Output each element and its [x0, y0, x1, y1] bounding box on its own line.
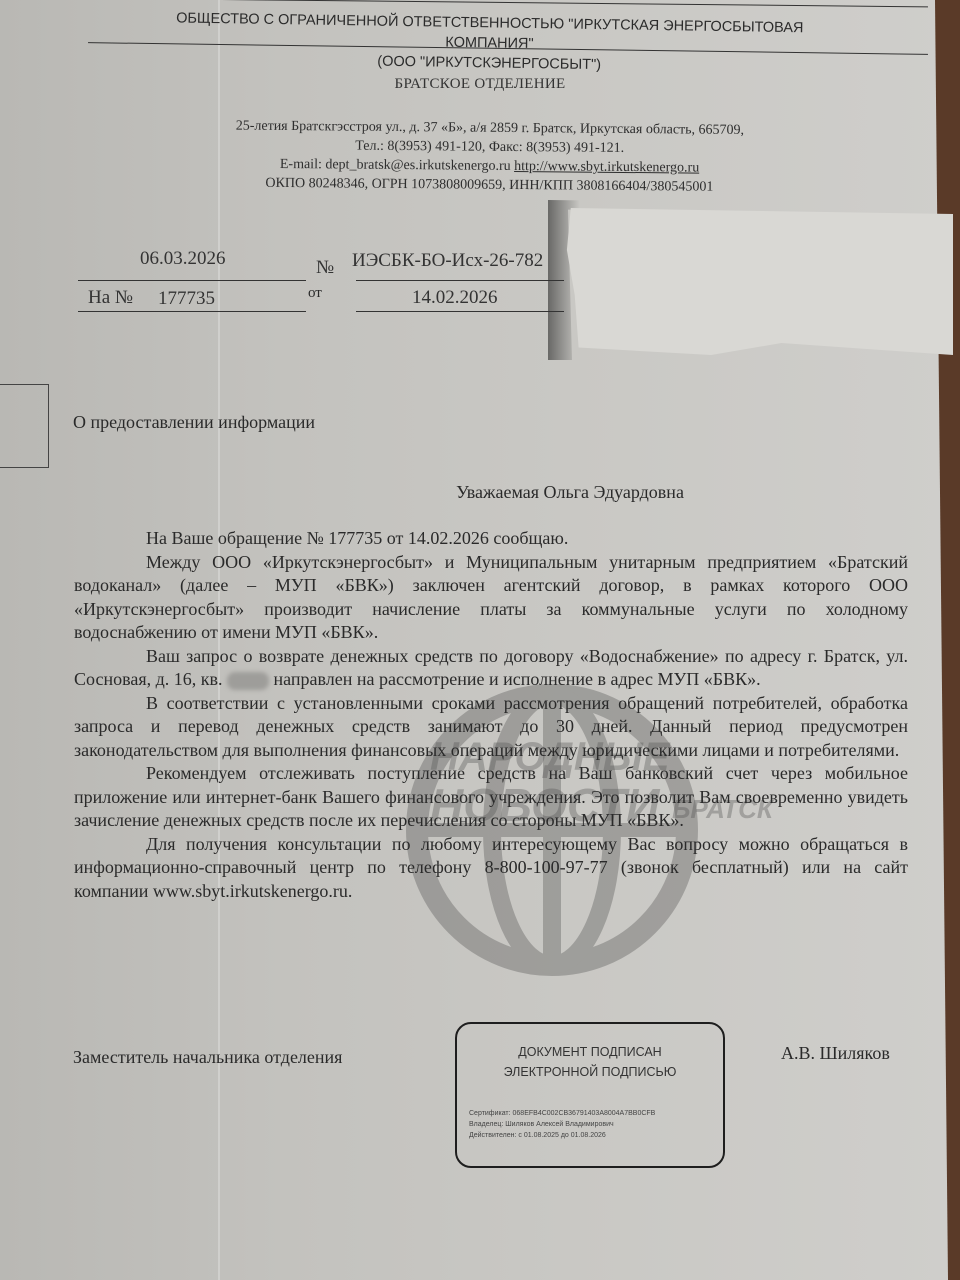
- outgoing-date: 06.03.2026: [140, 248, 226, 270]
- paragraph-3-end: направлен на рассмотрение и исполнение в…: [274, 669, 761, 689]
- in-reply-date: 14.02.2026: [412, 287, 498, 309]
- margin-box: [0, 384, 49, 468]
- certificate-owner: Владелец: Шиляков Алексей Владимирович: [469, 1119, 655, 1130]
- paragraph-6: Для получения консультации по любому инт…: [74, 833, 908, 904]
- certificate-id: Сертификат: 068EFB4C002CB36791403A8004A7…: [469, 1108, 655, 1119]
- paragraph-5: Рекомендуем отслеживать поступление сред…: [74, 762, 908, 833]
- torn-paper-patch: [563, 205, 953, 355]
- in-reply-label: На №: [88, 287, 133, 309]
- in-reply-number: 177735: [158, 288, 215, 310]
- number-rule: [356, 280, 564, 281]
- letter-subject: О предоставлении информации: [73, 412, 315, 433]
- letter-greeting: Уважаемая Ольга Эдуардовна: [0, 482, 960, 503]
- outgoing-number: ИЭСБК-БО-Исх-26-782: [352, 250, 543, 272]
- website-link[interactable]: http://www.sbyt.irkutskenergo.ru: [514, 159, 699, 176]
- contact-block: 25-летия Братскгэсстроя ул., д. 37 «Б», …: [169, 116, 810, 198]
- in-reply-rule: [78, 311, 306, 312]
- letter-body: На Ваше обращение № 177735 от 14.02.2026…: [74, 527, 908, 903]
- certificate-validity: Действителен: с 01.08.2025 до 01.08.2026: [469, 1130, 655, 1141]
- stamp-line-1: ДОКУМЕНТ ПОДПИСАН: [457, 1042, 723, 1062]
- date-rule: [78, 280, 306, 281]
- paragraph-1: На Ваше обращение № 177735 от 14.02.2026…: [74, 527, 908, 551]
- stamp-title: ДОКУМЕНТ ПОДПИСАН ЭЛЕКТРОННОЙ ПОДПИСЬЮ: [457, 1042, 723, 1082]
- greeting-text: Уважаемая Ольга Эдуардовна: [456, 482, 684, 502]
- in-reply-date-rule: [356, 311, 564, 312]
- stamp-details: Сертификат: 068EFB4C002CB36791403A8004A7…: [469, 1108, 655, 1141]
- from-label: от: [308, 285, 322, 302]
- paragraph-2: Между ООО «Иркутскэнергосбыт» и Муниципа…: [74, 551, 908, 645]
- paragraph-3: Ваш запрос о возврате денежных средств п…: [74, 645, 908, 692]
- email: E-mail: dept_bratsk@es.irkutskenergo.ru: [280, 157, 511, 174]
- signer-name: А.В. Шиляков: [781, 1043, 890, 1064]
- signer-position: Заместитель начальника отделения: [73, 1047, 342, 1068]
- electronic-signature-stamp: ДОКУМЕНТ ПОДПИСАН ЭЛЕКТРОННОЙ ПОДПИСЬЮ С…: [455, 1022, 725, 1168]
- stamp-line-2: ЭЛЕКТРОННОЙ ПОДПИСЬЮ: [457, 1062, 723, 1082]
- number-label: №: [316, 257, 334, 279]
- branch-title: БРАТСКОЕ ОТДЕЛЕНИЕ: [0, 76, 960, 93]
- redacted-apartment: [227, 672, 269, 690]
- company-header: ОБЩЕСТВО С ОГРАНИЧЕННОЙ ОТВЕТСТВЕННОСТЬЮ…: [149, 8, 830, 79]
- paragraph-4: В соответствии с установленными сроками …: [74, 692, 908, 763]
